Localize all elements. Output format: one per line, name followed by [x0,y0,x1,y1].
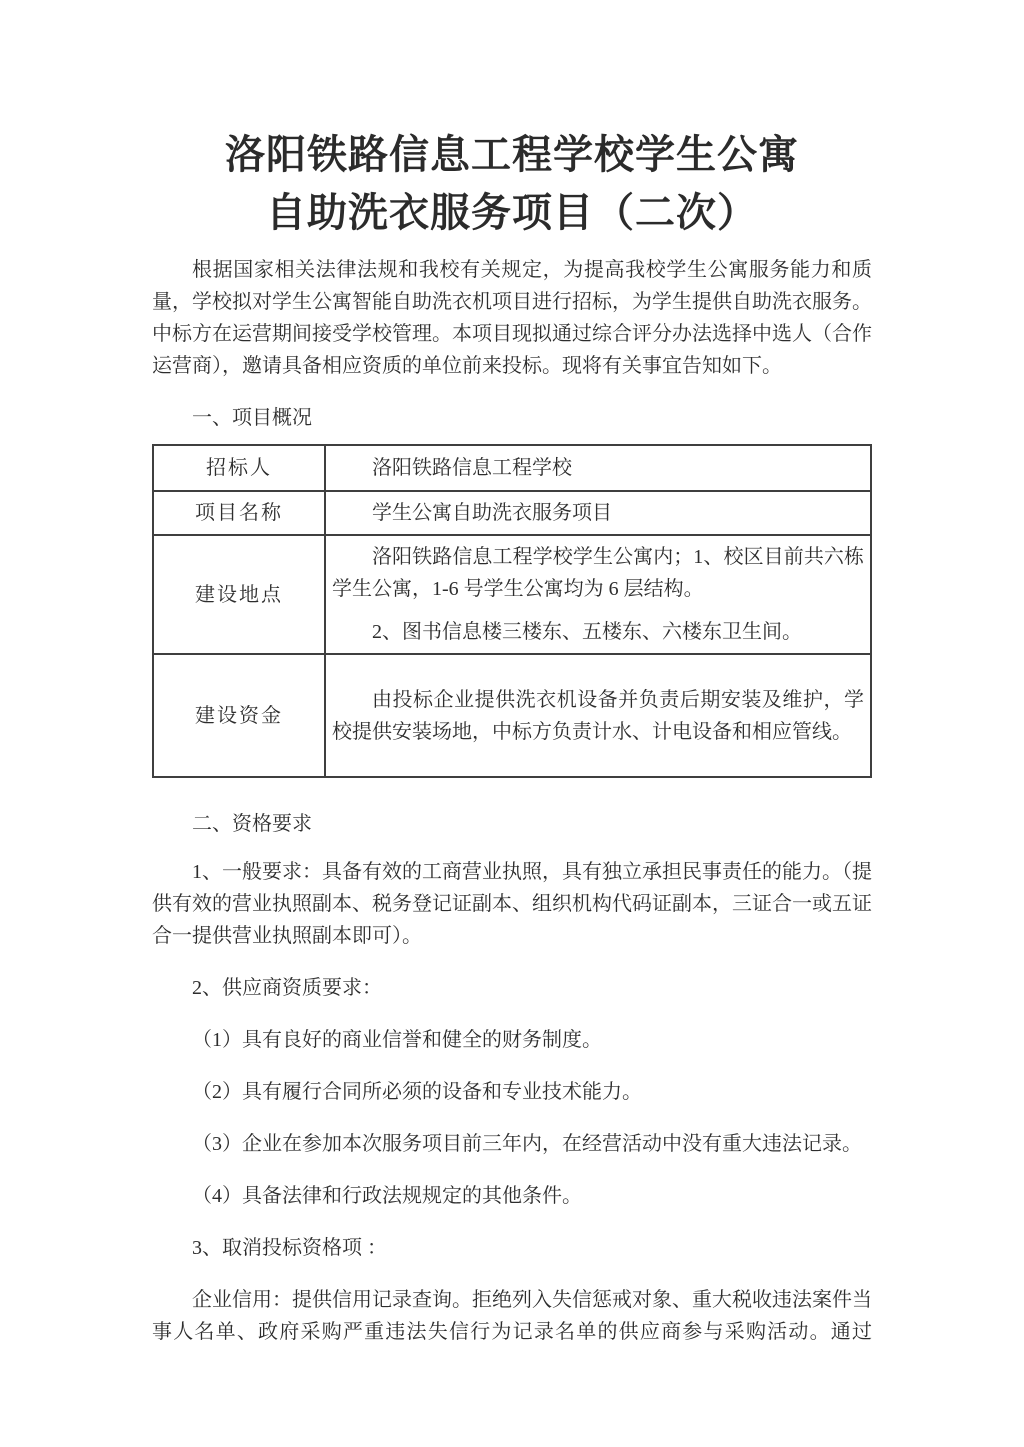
table-row-funding: 建设资金 由投标企业提供洗衣机设备并负责后期安装及维护，学校提供安装场地，中标方… [153,654,871,777]
row-label: 项目名称 [153,491,325,535]
requirement-supplier-heading: 2、供应商资质要求： [152,972,872,1004]
requirement-item-1: （1）具有良好的商业信誉和健全的财务制度。 [152,1024,872,1056]
document-title: 洛阳铁路信息工程学校学生公寓 自助洗衣服务项目（二次） [152,126,872,242]
requirement-item-4: （4）具备法律和行政法规规定的其他条件。 [152,1180,872,1212]
intro-paragraph: 根据国家相关法律法规和我校有关规定，为提高我校学生公寓服务能力和质量，学校拟对学… [152,254,872,382]
row-value: 洛阳铁路信息工程学校学生公寓内；1、校区目前共六栋学生公寓，1-6 号学生公寓均… [325,535,871,654]
requirement-credit-paragraph: 企业信用：提供信用记录查询。拒绝列入失信惩戒对象、重大税收违法案件当事人名单、政… [152,1284,872,1348]
section2-heading: 二、资格要求 [152,808,872,840]
row-value: 学生公寓自助洗衣服务项目 [325,491,871,535]
cell-paragraph: 洛阳铁路信息工程学校学生公寓内；1、校区目前共六栋学生公寓，1-6 号学生公寓均… [332,541,864,605]
table-row-location: 建设地点 洛阳铁路信息工程学校学生公寓内；1、校区目前共六栋学生公寓，1-6 号… [153,535,871,654]
row-label: 招标人 [153,445,325,491]
requirement-item-3: （3）企业在参加本次服务项目前三年内，在经营活动中没有重大违法记录。 [152,1128,872,1160]
project-overview-table: 招标人 洛阳铁路信息工程学校 项目名称 学生公寓自助洗衣服务项目 建设地点 洛阳… [152,444,872,778]
requirement-item-2: （2）具有履行合同所必须的设备和专业技术能力。 [152,1076,872,1108]
table-row-project-name: 项目名称 学生公寓自助洗衣服务项目 [153,491,871,535]
section1-heading: 一、项目概况 [152,402,872,434]
row-value: 由投标企业提供洗衣机设备并负责后期安装及维护，学校提供安装场地，中标方负责计水、… [325,654,871,777]
table-row-tenderer: 招标人 洛阳铁路信息工程学校 [153,445,871,491]
cell-paragraph: 学生公寓自助洗衣服务项目 [332,497,864,529]
cell-paragraph: 洛阳铁路信息工程学校 [332,452,864,484]
row-label: 建设资金 [153,654,325,777]
requirement-disqualify-heading: 3、取消投标资格项 ： [152,1232,872,1264]
requirement-general: 1、一般要求：具备有效的工商营业执照，具有独立承担民事责任的能力。（提供有效的营… [152,856,872,952]
cell-paragraph: 由投标企业提供洗衣机设备并负责后期安装及维护，学校提供安装场地，中标方负责计水、… [332,684,864,748]
cell-paragraph: 2、图书信息楼三楼东、五楼东、六楼东卫生间。 [332,616,864,648]
row-value: 洛阳铁路信息工程学校 [325,445,871,491]
document-title-line2: 自助洗衣服务项目（二次） [152,184,872,242]
row-label: 建设地点 [153,535,325,654]
document-page: 洛阳铁路信息工程学校学生公寓 自助洗衣服务项目（二次） 根据国家相关法律法规和我… [0,0,1024,1447]
document-title-line1: 洛阳铁路信息工程学校学生公寓 [152,126,872,184]
